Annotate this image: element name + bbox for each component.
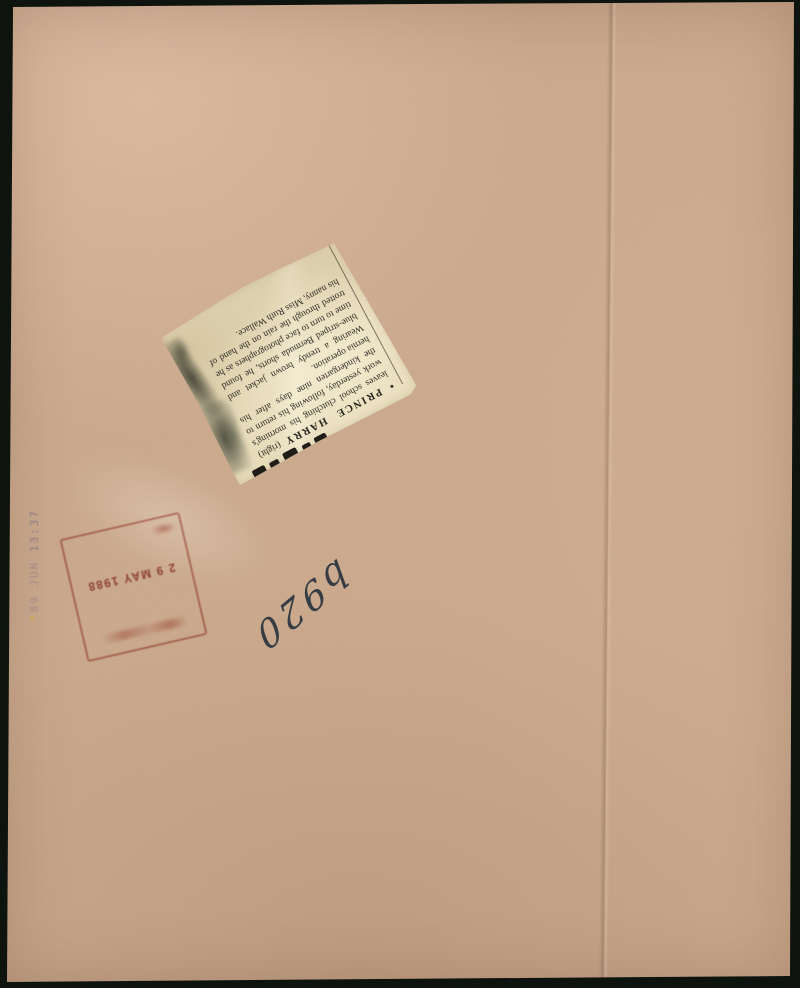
vertical-timestamp: '89 JUN 13:37 [28, 480, 46, 650]
stamp-corner-smear [150, 521, 178, 537]
scanned-photo-back: ● PRINCE HARRY (right) leaves school clu… [0, 0, 800, 988]
paper-crease-line [598, 0, 617, 988]
timestamp-faint-part: '89 JUN [28, 561, 41, 621]
news-clipping: ● PRINCE HARRY (right) leaves school clu… [158, 237, 419, 486]
timestamp-time-part: 13:37 [28, 509, 41, 552]
stamp-illegible-smear [101, 616, 189, 645]
stamp-date-text: 2 9 MAY 1988 [72, 557, 191, 595]
caption-bullet: ● [384, 382, 395, 393]
photo-back-paper: ● PRINCE HARRY (right) leaves school clu… [0, 0, 800, 988]
